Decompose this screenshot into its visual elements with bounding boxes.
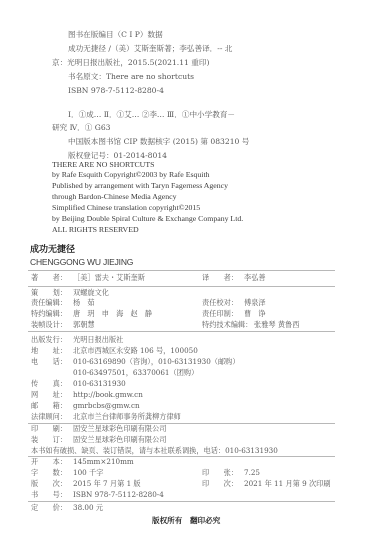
cip-line: 京：光明日报出版社，2015.5(2021.11 重印) bbox=[52, 58, 209, 68]
email-value: gmrbcbs@gmw.cn bbox=[73, 401, 140, 410]
tech-editor-row: 特约技术编辑：张雅琴 黄鲁西 bbox=[202, 320, 299, 330]
price-label: 定 价： bbox=[31, 503, 73, 513]
impression-row: 印 次：2021 年 11 月第 9 次印刷 bbox=[202, 479, 331, 489]
edition-row: 版 次：2015 年 7 月第 1 版 bbox=[31, 479, 141, 489]
translator-value: 李弘善 bbox=[244, 273, 266, 282]
cip-record-number: 中国版本图书馆 CIP 数据核字 (2015) 第 083210 号 bbox=[68, 137, 249, 147]
format-row: 开 本：145mm×210mm bbox=[31, 457, 134, 467]
proofread-label: 责任校对： bbox=[202, 298, 244, 308]
divider bbox=[28, 270, 335, 271]
isbn-value: ISBN 978-7-5112-8280-4 bbox=[73, 490, 164, 499]
editor-value: 杨 茹 bbox=[73, 298, 95, 307]
divider bbox=[28, 331, 335, 332]
publisher-label: 出版发行： bbox=[31, 335, 73, 345]
website-label: 网 址： bbox=[31, 390, 73, 400]
english-line: through Bardon-Chinese Media Agency bbox=[52, 192, 177, 202]
isbn-row: 书 号：ISBN 978-7-5112-8280-4 bbox=[31, 490, 164, 500]
book-title: 成功无捷径 bbox=[30, 242, 75, 255]
proofread-row: 责任校对：傅泉泽 bbox=[202, 298, 266, 308]
english-line: Published by arrangement with Taryn Fage… bbox=[52, 181, 228, 191]
email-row: 邮 箱：gmrbcbs@gmw.cn bbox=[31, 401, 140, 411]
address-value: 北京市西城区永安路 106 号，100050 bbox=[73, 346, 198, 355]
fax-label: 传 真： bbox=[31, 379, 73, 389]
format-value: 145mm×210mm bbox=[73, 457, 134, 466]
print-responsible-row: 责任印制：曹 诤 bbox=[202, 309, 266, 319]
publisher-value: 光明日报出版社 bbox=[73, 335, 123, 344]
publisher-row: 出版发行：光明日报出版社 bbox=[31, 335, 123, 345]
price-row: 定 价：38.00 元 bbox=[31, 503, 103, 513]
phone-row-2: 010-63497501，63370061（团购） bbox=[31, 368, 198, 378]
words-row: 字 数：100 千字 bbox=[31, 468, 103, 478]
print-responsible-value: 曹 诤 bbox=[244, 309, 266, 318]
all-rights-reserved: ALL RIGHTS RESERVED bbox=[52, 225, 139, 235]
binding-value: 固安兰星球彩色印刷有限公司 bbox=[73, 435, 166, 444]
email-label: 邮 箱： bbox=[31, 401, 73, 411]
sheets-value: 7.25 bbox=[244, 468, 260, 477]
planning-value: 双螺旋文化 bbox=[73, 288, 109, 297]
design-value: 郭朝慧 bbox=[73, 320, 95, 329]
phone-row: 电 话：010-63169890（咨询），010-63131930（邮购） bbox=[31, 357, 240, 367]
author-label: 著 者： bbox=[31, 273, 73, 283]
binding-label: 装 订： bbox=[31, 435, 73, 445]
rights-notice: 版权所有 翻印必究 bbox=[152, 515, 220, 526]
impression-value: 2021 年 11 月第 9 次印刷 bbox=[244, 479, 331, 488]
phone-value: 010-63169890（咨询），010-63131930（邮购） bbox=[73, 357, 240, 366]
price-value: 38.00 元 bbox=[73, 503, 103, 512]
translator-row: 译 者：李弘善 bbox=[202, 273, 266, 283]
phone-label: 电 话： bbox=[31, 357, 73, 367]
cip-classification: Ⅰ．①成… Ⅱ．①艾… ②李… Ⅲ．①中小学教育－ bbox=[68, 110, 235, 120]
english-line: Simplified Chinese translation copyright… bbox=[52, 203, 200, 213]
proofread-value: 傅泉泽 bbox=[244, 298, 266, 307]
isbn-label: 书 号： bbox=[31, 490, 73, 500]
legal-label: 法律顾问： bbox=[31, 412, 73, 422]
design-label: 装帧设计： bbox=[31, 320, 73, 330]
format-label: 开 本： bbox=[31, 457, 73, 467]
phone-value-2: 010-63497501，63370061（团购） bbox=[73, 368, 198, 377]
defect-notice: 本书如有破损、缺页、装订错误，请与本社联系调换，电话：010-63131930 bbox=[31, 446, 278, 456]
special-editor-label: 特约编辑： bbox=[31, 309, 73, 319]
cip-line: 书名原文：There are no shortcuts bbox=[68, 72, 194, 82]
planning-label: 策 划： bbox=[31, 288, 73, 298]
author-value: ［美］雷夫・艾斯奎斯 bbox=[73, 273, 145, 282]
fax-value: 010-63131930 bbox=[73, 379, 126, 388]
author-row: 著 者：［美］雷夫・艾斯奎斯 bbox=[31, 273, 145, 283]
sheets-row: 印 张：7.25 bbox=[202, 468, 260, 478]
words-label: 字 数： bbox=[31, 468, 73, 478]
cip-heading: 图书在版编目（C I P）数据 bbox=[68, 30, 163, 40]
design-row: 装帧设计：郭朝慧 bbox=[31, 320, 95, 330]
website-row: 网 址：http://book.gmw.cn bbox=[31, 390, 143, 400]
address-row: 地 址：北京市西城区永安路 106 号，100050 bbox=[31, 346, 198, 356]
divider bbox=[28, 286, 335, 287]
cip-isbn: ISBN 978-7-5112-8280-4 bbox=[68, 86, 164, 96]
english-title: THERE ARE NO SHORTCUTS bbox=[52, 160, 154, 170]
print-responsible-label: 责任印制： bbox=[202, 309, 244, 319]
translator-label: 译 者： bbox=[202, 273, 244, 283]
tech-editor-label: 特约技术编辑： bbox=[202, 320, 254, 330]
binding-row: 装 订：固安兰星球彩色印刷有限公司 bbox=[31, 435, 166, 445]
words-value: 100 千字 bbox=[73, 468, 103, 477]
fax-row: 传 真：010-63131930 bbox=[31, 379, 126, 389]
printer-value: 固安兰星球彩色印刷有限公司 bbox=[73, 424, 166, 433]
special-editor-value: 唐 玥 申 海 赵 静 bbox=[73, 309, 152, 318]
english-line: by Rafe Esquith Copyright©2003 by Rafe E… bbox=[52, 170, 210, 180]
edition-value: 2015 年 7 月第 1 版 bbox=[73, 479, 141, 488]
address-label: 地 址： bbox=[31, 346, 73, 356]
printer-row: 印 刷：固安兰星球彩色印刷有限公司 bbox=[31, 424, 166, 434]
special-editor-row: 特约编辑：唐 玥 申 海 赵 静 bbox=[31, 309, 152, 319]
tech-editor-value: 张雅琴 黄鲁西 bbox=[254, 320, 299, 329]
website-value: http://book.gmw.cn bbox=[73, 390, 143, 399]
english-line: by Beijing Double Spiral Culture & Excha… bbox=[52, 214, 243, 224]
legal-row: 法律顾问：北京市兰台律师事务所龚柳方律师 bbox=[31, 412, 181, 422]
legal-value: 北京市兰台律师事务所龚柳方律师 bbox=[73, 412, 181, 421]
editor-label: 责任编辑： bbox=[31, 298, 73, 308]
editor-row: 责任编辑：杨 茹 bbox=[31, 298, 95, 308]
sheets-label: 印 张： bbox=[202, 468, 244, 478]
impression-label: 印 次： bbox=[202, 479, 244, 489]
printer-label: 印 刷： bbox=[31, 424, 73, 434]
edition-label: 版 次： bbox=[31, 479, 73, 489]
cip-classification: 研究 Ⅳ．① G63 bbox=[52, 123, 111, 133]
divider bbox=[28, 501, 335, 502]
book-pinyin: CHENGGONG WU JIEJING bbox=[30, 257, 133, 267]
cip-line: 成功无捷径 /（美）艾斯奎斯著；李弘善译．-- 北 bbox=[68, 44, 232, 54]
planning-row: 策 划：双螺旋文化 bbox=[31, 288, 109, 298]
